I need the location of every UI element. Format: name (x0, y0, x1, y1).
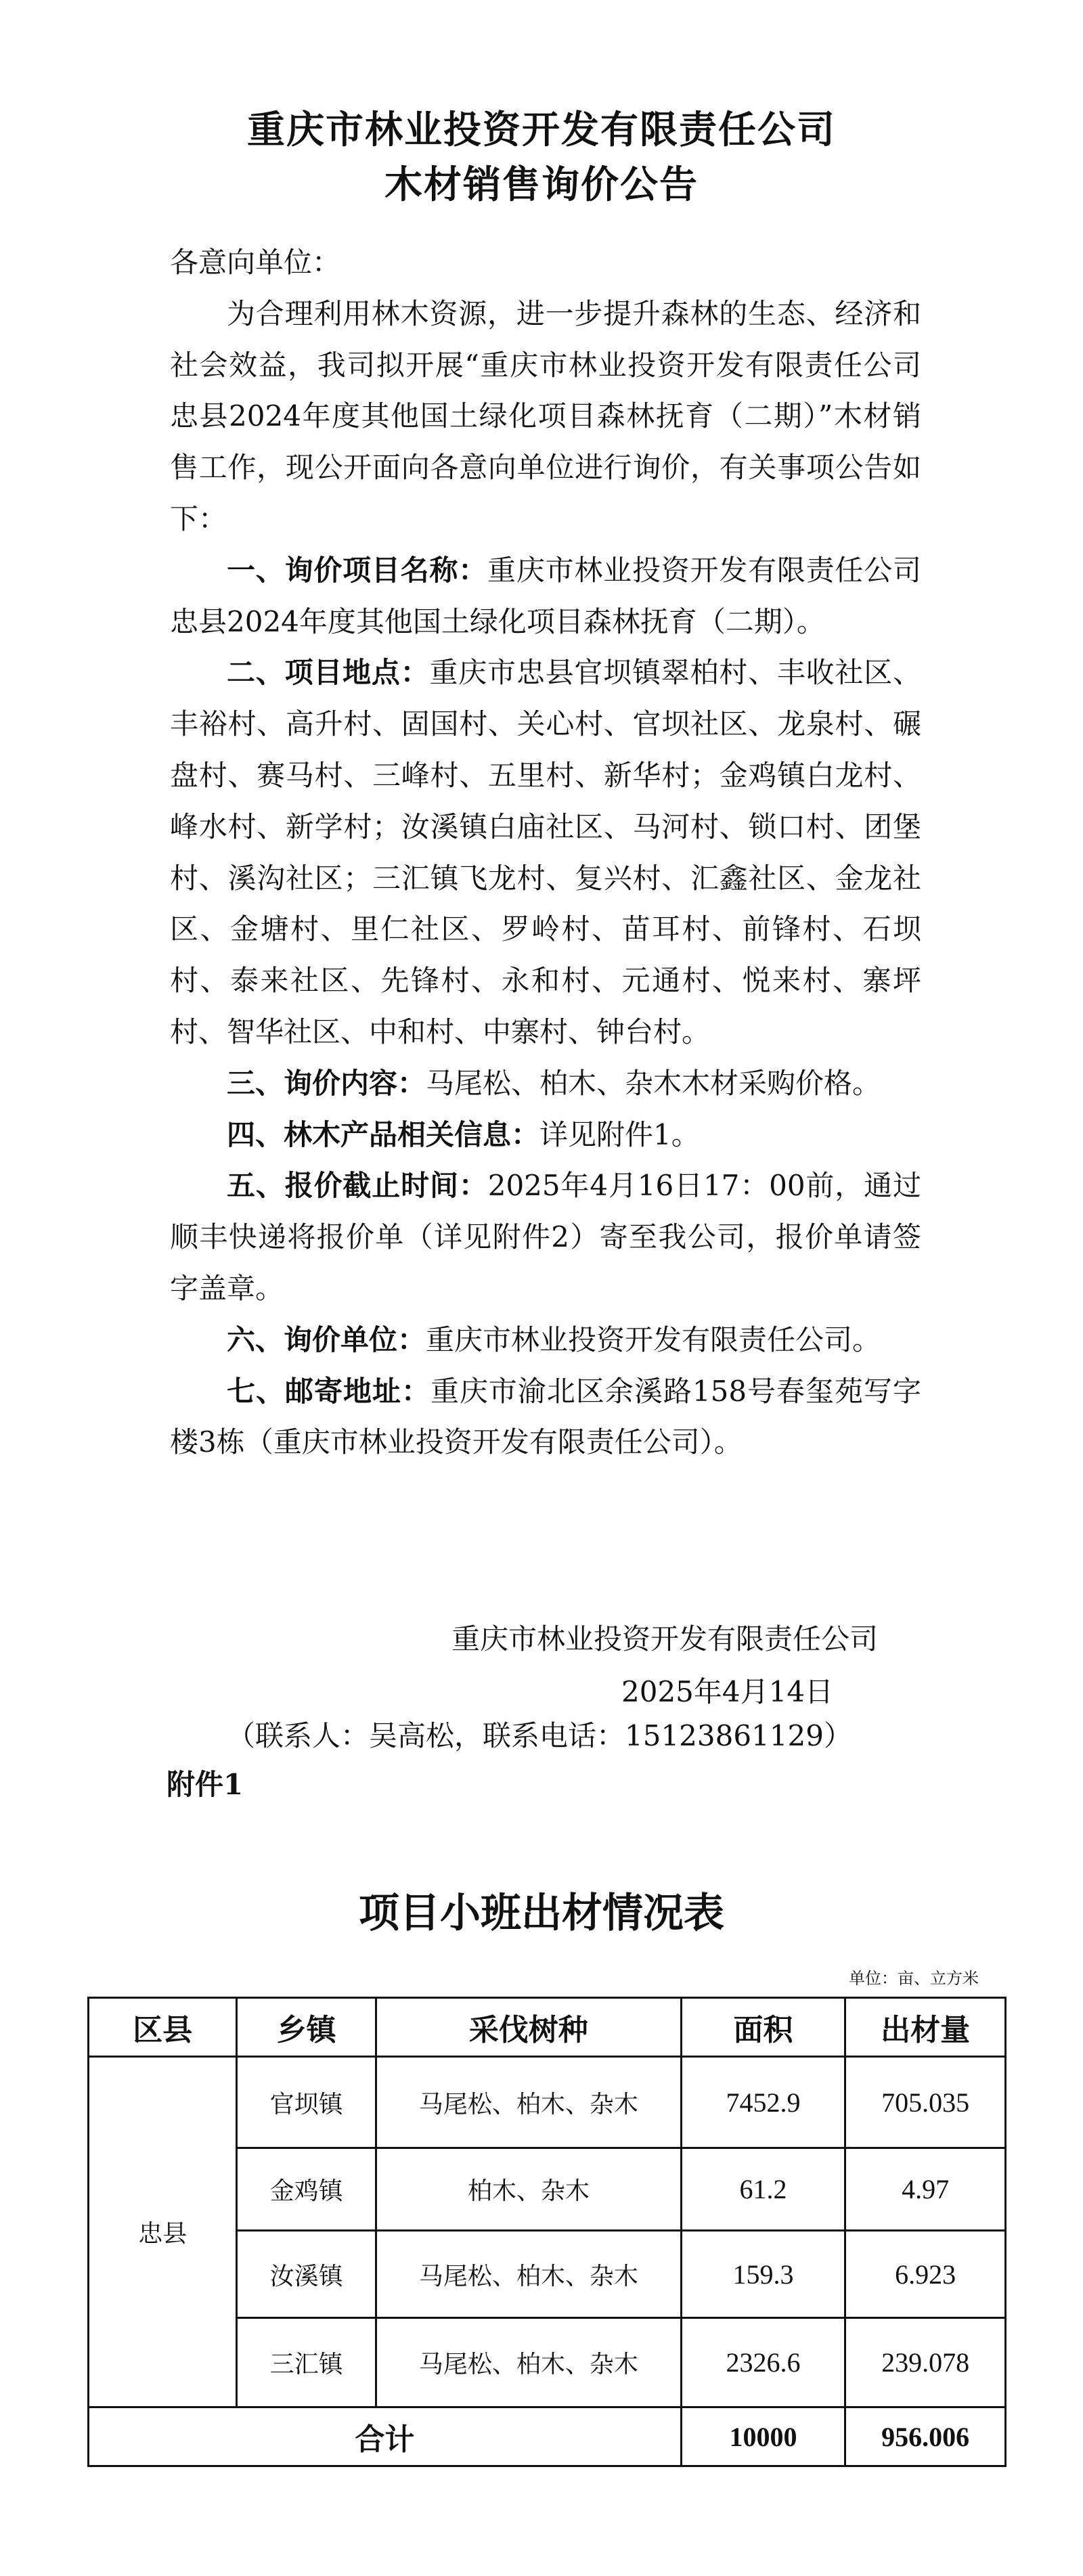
signature-contact: （联系人：吴高松，联系电话：15123861129） (227, 1716, 852, 1756)
town-cell: 官坝镇 (237, 2057, 376, 2148)
section-7-label: 七、邮寄地址： (227, 1375, 430, 1408)
salutation: 各意向单位： (170, 237, 921, 288)
section-2-text: 重庆市忠县官坝镇翠柏村、丰收社区、丰裕村、高升村、固国村、关心村、官坝社区、龙泉… (170, 656, 921, 1048)
section-6-text: 重庆市林业投资开发有限责任公司。 (426, 1323, 881, 1356)
town-cell: 汝溪镇 (237, 2231, 376, 2318)
column-header-species: 采伐树种 (376, 1998, 681, 2057)
volume-cell: 4.97 (845, 2148, 1006, 2231)
column-header-county: 区县 (89, 1998, 237, 2057)
species-cell: 柏木、杂木 (376, 2148, 681, 2231)
announcement-body: 各意向单位： 为合理利用林木资源，进一步提升森林的生态、经济和社会效益，我司拟开… (170, 237, 921, 1468)
document-title-line2: 木材销售询价公告 (0, 158, 1083, 212)
town-cell: 三汇镇 (237, 2318, 376, 2407)
column-header-area: 面积 (681, 1998, 845, 2057)
volume-cell: 239.078 (845, 2318, 1006, 2407)
column-header-volume: 出材量 (845, 1998, 1006, 2057)
section-2: 二、项目地点：重庆市忠县官坝镇翠柏村、丰收社区、丰裕村、高升村、固国村、关心村、… (170, 647, 921, 1057)
section-7: 七、邮寄地址：重庆市渝北区余溪路158号春玺苑写字楼3栋（重庆市林业投资开发有限… (170, 1366, 921, 1469)
area-cell: 61.2 (681, 2148, 845, 2231)
timber-output-table: 区县 乡镇 采伐树种 面积 出材量 忠县 官坝镇 马尾松、柏木、杂木 7452.… (87, 1997, 1007, 2467)
intro-paragraph: 为合理利用林木资源，进一步提升森林的生态、经济和社会效益，我司拟开展“重庆市林业… (170, 288, 921, 545)
town-cell: 金鸡镇 (237, 2148, 376, 2231)
section-6-label: 六、询价单位： (227, 1323, 426, 1356)
section-6: 六、询价单位：重庆市林业投资开发有限责任公司。 (170, 1314, 921, 1366)
table-row: 忠县 官坝镇 马尾松、柏木、杂木 7452.9 705.035 (89, 2057, 1006, 2148)
area-cell: 159.3 (681, 2231, 845, 2318)
table-unit-note: 单位：亩、立方米 (849, 1968, 979, 1989)
section-4-label: 四、林木产品相关信息： (227, 1118, 539, 1151)
volume-cell: 705.035 (845, 2057, 1006, 2148)
total-volume: 956.006 (845, 2407, 1006, 2466)
section-1: 一、询价项目名称：重庆市林业投资开发有限责任公司忠县2024年度其他国土绿化项目… (170, 545, 921, 648)
table-total-row: 合计 10000 956.006 (89, 2407, 1006, 2466)
county-cell: 忠县 (89, 2057, 237, 2407)
table-title: 项目小班出材情况表 (0, 1886, 1083, 1940)
volume-cell: 6.923 (845, 2231, 1006, 2318)
species-cell: 马尾松、柏木、杂木 (376, 2057, 681, 2148)
total-label: 合计 (89, 2407, 682, 2466)
total-area: 10000 (681, 2407, 845, 2466)
species-cell: 马尾松、柏木、杂木 (376, 2231, 681, 2318)
section-1-label: 一、询价项目名称： (227, 554, 487, 587)
area-cell: 2326.6 (681, 2318, 845, 2407)
section-4: 四、林木产品相关信息：详见附件1。 (170, 1109, 921, 1161)
area-cell: 7452.9 (681, 2057, 845, 2148)
section-3: 三、询价内容：马尾松、柏木、杂木木材采购价格。 (170, 1058, 921, 1109)
section-4-text: 详见附件1。 (539, 1118, 700, 1151)
signature-date: 2025年4月14日 (621, 1672, 833, 1712)
section-3-text: 马尾松、柏木、杂木木材采购价格。 (426, 1067, 881, 1100)
species-cell: 马尾松、柏木、杂木 (376, 2318, 681, 2407)
section-5-label: 五、报价截止时间： (227, 1169, 488, 1202)
signature-company: 重庆市林业投资开发有限责任公司 (451, 1619, 878, 1660)
attachment-label: 附件1 (167, 1764, 243, 1805)
section-2-label: 二、项目地点： (227, 656, 429, 689)
table-header-row: 区县 乡镇 采伐树种 面积 出材量 (89, 1998, 1006, 2057)
document-title-line1: 重庆市林业投资开发有限责任公司 (0, 103, 1083, 157)
section-3-label: 三、询价内容： (227, 1067, 426, 1100)
column-header-town: 乡镇 (237, 1998, 376, 2057)
section-5: 五、报价截止时间：2025年4月16日17：00前，通过顺丰快递将报价单（详见附… (170, 1160, 921, 1314)
